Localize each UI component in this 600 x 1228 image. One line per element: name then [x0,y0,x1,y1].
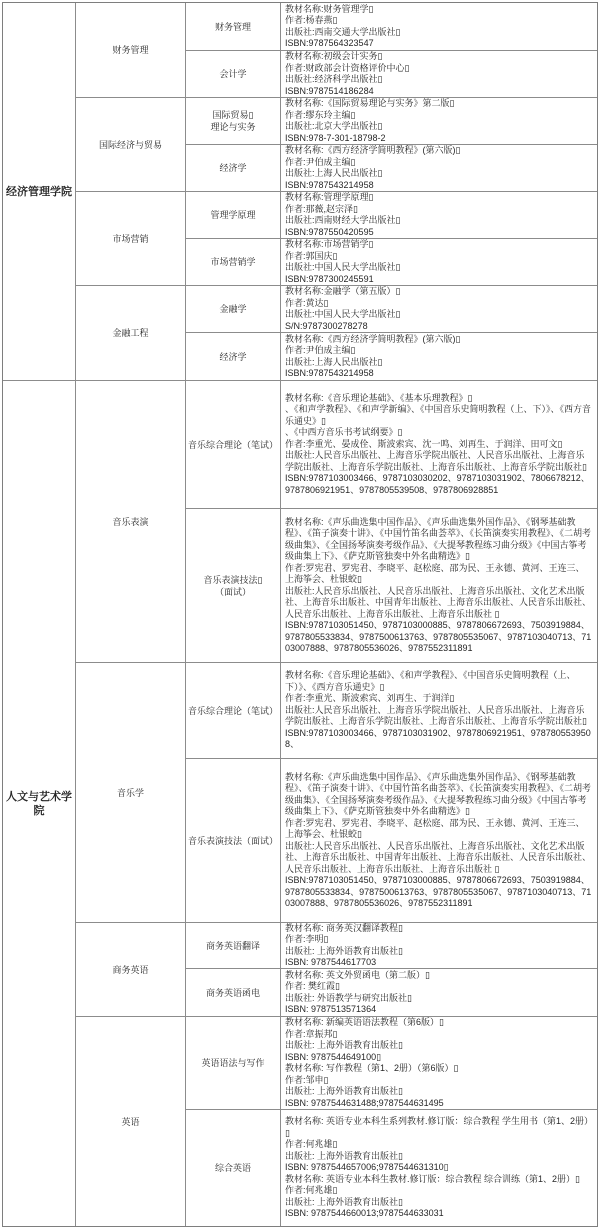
college-section-1: 人文与艺术学院 音乐表演 音乐综合理论（笔试） 教材名称:《音乐理论基础》、《基… [3,380,597,1226]
textbook-cell: 教材名称:初级会计实务▯ 作者:财政部会计资格评价中心▯ 出版社:经济科学出版社… [281,51,597,97]
major-row: 英语 英语语法与写作 教材名称: 新编英语语法教程（第6版）▯ 作者:章振邦▯ … [76,1016,597,1226]
major-cell: 音乐表演 [76,381,186,662]
textbook-cell: 教材名称: 商务英汉翻译教程▯ 作者:李明▯ 出版社: 上海外语教育出版社▯ I… [281,923,597,968]
major-row: 音乐学 音乐综合理论（笔试） 教材名称:《音乐理论基础》、《和声学教程》、《中国… [76,662,597,922]
subject-cell: 商务英语翻译 [186,923,281,968]
major-row: 商务英语 商务英语翻译 教材名称: 商务英汉翻译教程▯ 作者:李明▯ 出版社: … [76,922,597,1016]
table-row: 商务英语翻译 教材名称: 商务英汉翻译教程▯ 作者:李明▯ 出版社: 上海外语教… [186,923,597,968]
college-section-0: 经济管理学院 财务管理 财务管理 教材名称:财务管理学▯ 作者:杨春燕▯ 出版社… [3,3,597,380]
major-cell: 音乐学 [76,663,186,922]
textbook-table: 经济管理学院 财务管理 财务管理 教材名称:财务管理学▯ 作者:杨春燕▯ 出版社… [2,2,598,1227]
major-cell: 财务管理 [76,3,186,97]
major-cell: 英语 [76,1017,186,1226]
textbook-cell: 教材名称: 英文外贸函电（第二版）▯ 作者: 樊红霞▯ 出版社: 外语教学与研究… [281,969,597,1016]
textbook-cell: 教材名称:管理学原理▯ 作者:那薇,赵宗泽▯ 出版社:西南财经大学出版社▯ IS… [281,192,597,238]
major-cell: 商务英语 [76,923,186,1016]
textbook-cell: 教材名称:《音乐理论基础》、《和声学教程》、《中国音乐史简明教程（上、下）》、《… [281,663,597,758]
college-cell: 经济管理学院 [3,3,76,380]
college-majors-0: 财务管理 财务管理 教材名称:财务管理学▯ 作者:杨春燕▯ 出版社:西南交通大学… [76,3,597,380]
subject-cell: 经济学 [186,145,281,191]
textbook-cell: 教材名称:《声乐曲选集中国作品》、《声乐曲选集外国作品》、《钢琴基础教程》、《笛… [281,759,597,922]
subject-cell: 综合英语 [186,1110,281,1226]
table-row: 商务英语函电 教材名称: 英文外贸函电（第二版）▯ 作者: 樊红霞▯ 出版社: … [186,968,597,1016]
textbook-cell: 教材名称: 英语专业本科生系列教材.修订版：综合教程 学生用书（第1、2册）▯ … [281,1110,597,1226]
table-row: 市场营销学 教材名称:市场营销学▯ 作者:郭国庆▯ 出版社:中国人民大学出版社▯… [186,238,597,285]
subject-cell: 金融学 [186,286,281,332]
major-row: 金融工程 金融学 教材名称:金融学（第五版）▯ 作者:黄达▯ 出版社:中国人民大… [76,285,597,380]
subject-cell: 会计学 [186,51,281,97]
textbook-cell: 教材名称:市场营销学▯ 作者:郭国庆▯ 出版社:中国人民大学出版社▯ ISBN:… [281,239,597,285]
table-row: 音乐表演技法▯ （面试） 教材名称:《声乐曲选集中国作品》、《声乐曲选集外国作品… [186,508,597,662]
table-row: 会计学 教材名称:初级会计实务▯ 作者:财政部会计资格评价中心▯ 出版社:经济科… [186,50,597,97]
table-row: 财务管理 教材名称:财务管理学▯ 作者:杨春燕▯ 出版社:西南交通大学出版社▯ … [186,3,597,50]
major-cell: 金融工程 [76,286,186,380]
table-row: 金融学 教材名称:金融学（第五版）▯ 作者:黄达▯ 出版社:中国人民大学出版社▯… [186,286,597,332]
subject-cell: 音乐表演技法（面试） [186,759,281,922]
textbook-cell: 教材名称:《西方经济学简明教程》(第六版)▯ 作者:尹伯成主编▯ 出版社:上海人… [281,333,597,380]
table-row: 音乐表演技法（面试） 教材名称:《声乐曲选集中国作品》、《声乐曲选集外国作品》、… [186,758,597,922]
table-row: 经济学 教材名称:《西方经济学简明教程》(第六版)▯ 作者:尹伯成主编▯ 出版社… [186,332,597,380]
table-row: 经济学 教材名称:《西方经济学简明教程》(第六版)▯ 作者:尹伯成主编▯ 出版社… [186,144,597,191]
college-cell: 人文与艺术学院 [3,381,76,1226]
textbook-cell: 教材名称:《国际贸易理论与实务》第二版▯ 作者:缪东玲主编▯ 出版社:北京大学出… [281,98,597,144]
textbook-cell: 教材名称:《西方经济学简明教程》(第六版)▯ 作者:尹伯成主编▯ 出版社:上海人… [281,145,597,191]
subject-cell: 国际贸易▯ 理论与实务 [186,98,281,144]
major-cell: 市场营销 [76,192,186,285]
subject-cell: 音乐表演技法▯ （面试） [186,509,281,662]
subject-cell: 音乐综合理论（笔试） [186,663,281,758]
table-row: 英语语法与写作 教材名称: 新编英语语法教程（第6版）▯ 作者:章振邦▯ 出版社… [186,1017,597,1109]
textbook-cell: 教材名称: 新编英语语法教程（第6版）▯ 作者:章振邦▯ 出版社: 上海外语教育… [281,1017,597,1109]
college-majors-1: 音乐表演 音乐综合理论（笔试） 教材名称:《音乐理论基础》、《基本乐理教程》▯ … [76,381,597,1226]
table-row: 国际贸易▯ 理论与实务 教材名称:《国际贸易理论与实务》第二版▯ 作者:缪东玲主… [186,98,597,144]
major-row: 国际经济与贸易 国际贸易▯ 理论与实务 教材名称:《国际贸易理论与实务》第二版▯… [76,97,597,191]
textbook-cell: 教材名称:《声乐曲选集中国作品》、《声乐曲选集外国作品》、《钢琴基础教程》、《笛… [281,509,597,662]
subject-cell: 市场营销学 [186,239,281,285]
textbook-cell: 教材名称:财务管理学▯ 作者:杨春燕▯ 出版社:西南交通大学出版社▯ ISBN:… [281,3,597,50]
subject-cell: 经济学 [186,333,281,380]
major-row: 音乐表演 音乐综合理论（笔试） 教材名称:《音乐理论基础》、《基本乐理教程》▯ … [76,381,597,662]
table-row: 综合英语 教材名称: 英语专业本科生系列教材.修订版：综合教程 学生用书（第1、… [186,1109,597,1226]
subject-cell: 商务英语函电 [186,969,281,1016]
table-row: 音乐综合理论（笔试） 教材名称:《音乐理论基础》、《和声学教程》、《中国音乐史简… [186,663,597,758]
major-row: 市场营销 管理学原理 教材名称:管理学原理▯ 作者:那薇,赵宗泽▯ 出版社:西南… [76,191,597,285]
subject-cell: 财务管理 [186,3,281,50]
textbook-cell: 教材名称:《音乐理论基础》、《基本乐理教程》▯ 、《和声学教程》、《和声学新编》… [281,381,597,508]
major-cell: 国际经济与贸易 [76,98,186,191]
table-row: 管理学原理 教材名称:管理学原理▯ 作者:那薇,赵宗泽▯ 出版社:西南财经大学出… [186,192,597,238]
subject-cell: 管理学原理 [186,192,281,238]
table-row: 音乐综合理论（笔试） 教材名称:《音乐理论基础》、《基本乐理教程》▯ 、《和声学… [186,381,597,508]
subject-cell: 音乐综合理论（笔试） [186,381,281,508]
subject-cell: 英语语法与写作 [186,1017,281,1109]
textbook-cell: 教材名称:金融学（第五版）▯ 作者:黄达▯ 出版社:中国人民大学出版社▯ S/N… [281,286,597,332]
major-row: 财务管理 财务管理 教材名称:财务管理学▯ 作者:杨春燕▯ 出版社:西南交通大学… [76,3,597,97]
